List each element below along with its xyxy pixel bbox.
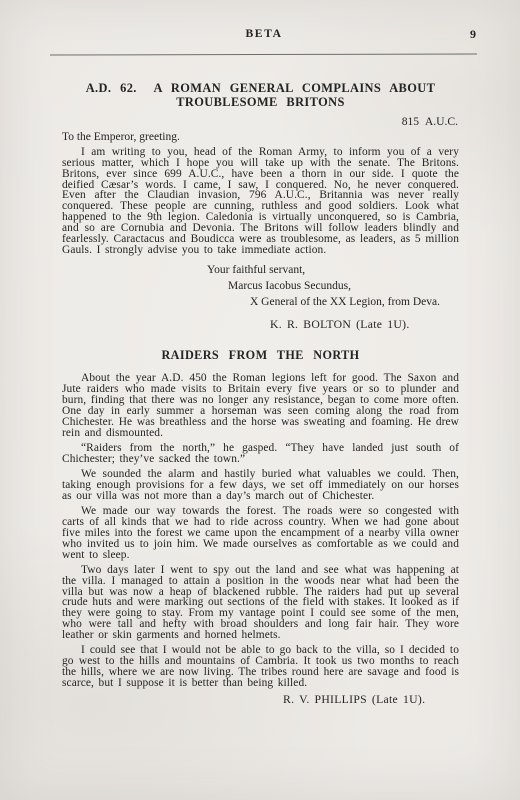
page-number: 9 xyxy=(470,27,476,42)
letter-body-paragraph: I am writing to you, head of the Roman A… xyxy=(62,147,459,255)
story-paragraph: We made our way towards the forest. The … xyxy=(62,506,459,560)
signature-name: Marcus Iacobus Secundus, xyxy=(62,278,459,294)
header-rule xyxy=(50,53,477,55)
letter-title-line-2: TROUBLESOME BRITONS xyxy=(62,95,459,109)
valediction: Your faithful servant, xyxy=(62,262,459,278)
letter-author-credit: K. R. BOLTON (Late 1U). xyxy=(62,318,459,331)
story-paragraph: I could see that I would not be able to … xyxy=(62,645,459,688)
book-page: BETA 9 A.D. 62. A ROMAN GENERAL COMPLAIN… xyxy=(0,0,520,800)
story-author-credit: R. V. PHILLIPS (Late 1U). xyxy=(62,693,459,706)
story-paragraph: “Raiders from the north,” he gasped. “Th… xyxy=(62,443,459,465)
running-head-title: BETA xyxy=(50,27,478,40)
salutation: To the Emperor, greeting. xyxy=(62,131,459,143)
story-section: RAIDERS FROM THE NORTH About the year A.… xyxy=(62,348,459,706)
letter-title-line-1: A.D. 62. A ROMAN GENERAL COMPLAINS ABOUT xyxy=(62,81,459,95)
letter-section: A.D. 62. A ROMAN GENERAL COMPLAINS ABOUT… xyxy=(62,81,459,331)
page-content: A.D. 62. A ROMAN GENERAL COMPLAINS ABOUT… xyxy=(62,81,459,706)
letter-body: I am writing to you, head of the Roman A… xyxy=(62,147,459,255)
story-paragraph: We sounded the alarm and hastily buried … xyxy=(62,469,459,502)
story-heading: RAIDERS FROM THE NORTH xyxy=(62,348,459,363)
story-paragraph: About the year A.D. 450 the Roman legion… xyxy=(62,373,459,438)
signature-block: Your faithful servant, Marcus Iacobus Se… xyxy=(62,262,459,310)
dateline: 815 A.U.C. xyxy=(62,115,459,128)
running-head: BETA 9 xyxy=(50,27,478,43)
letter-title: A.D. 62. A ROMAN GENERAL COMPLAINS ABOUT… xyxy=(62,81,459,109)
story-paragraph: Two days later I went to spy out the lan… xyxy=(62,565,459,641)
signature-title: X General of the XX Legion, from Deva. xyxy=(62,294,459,310)
